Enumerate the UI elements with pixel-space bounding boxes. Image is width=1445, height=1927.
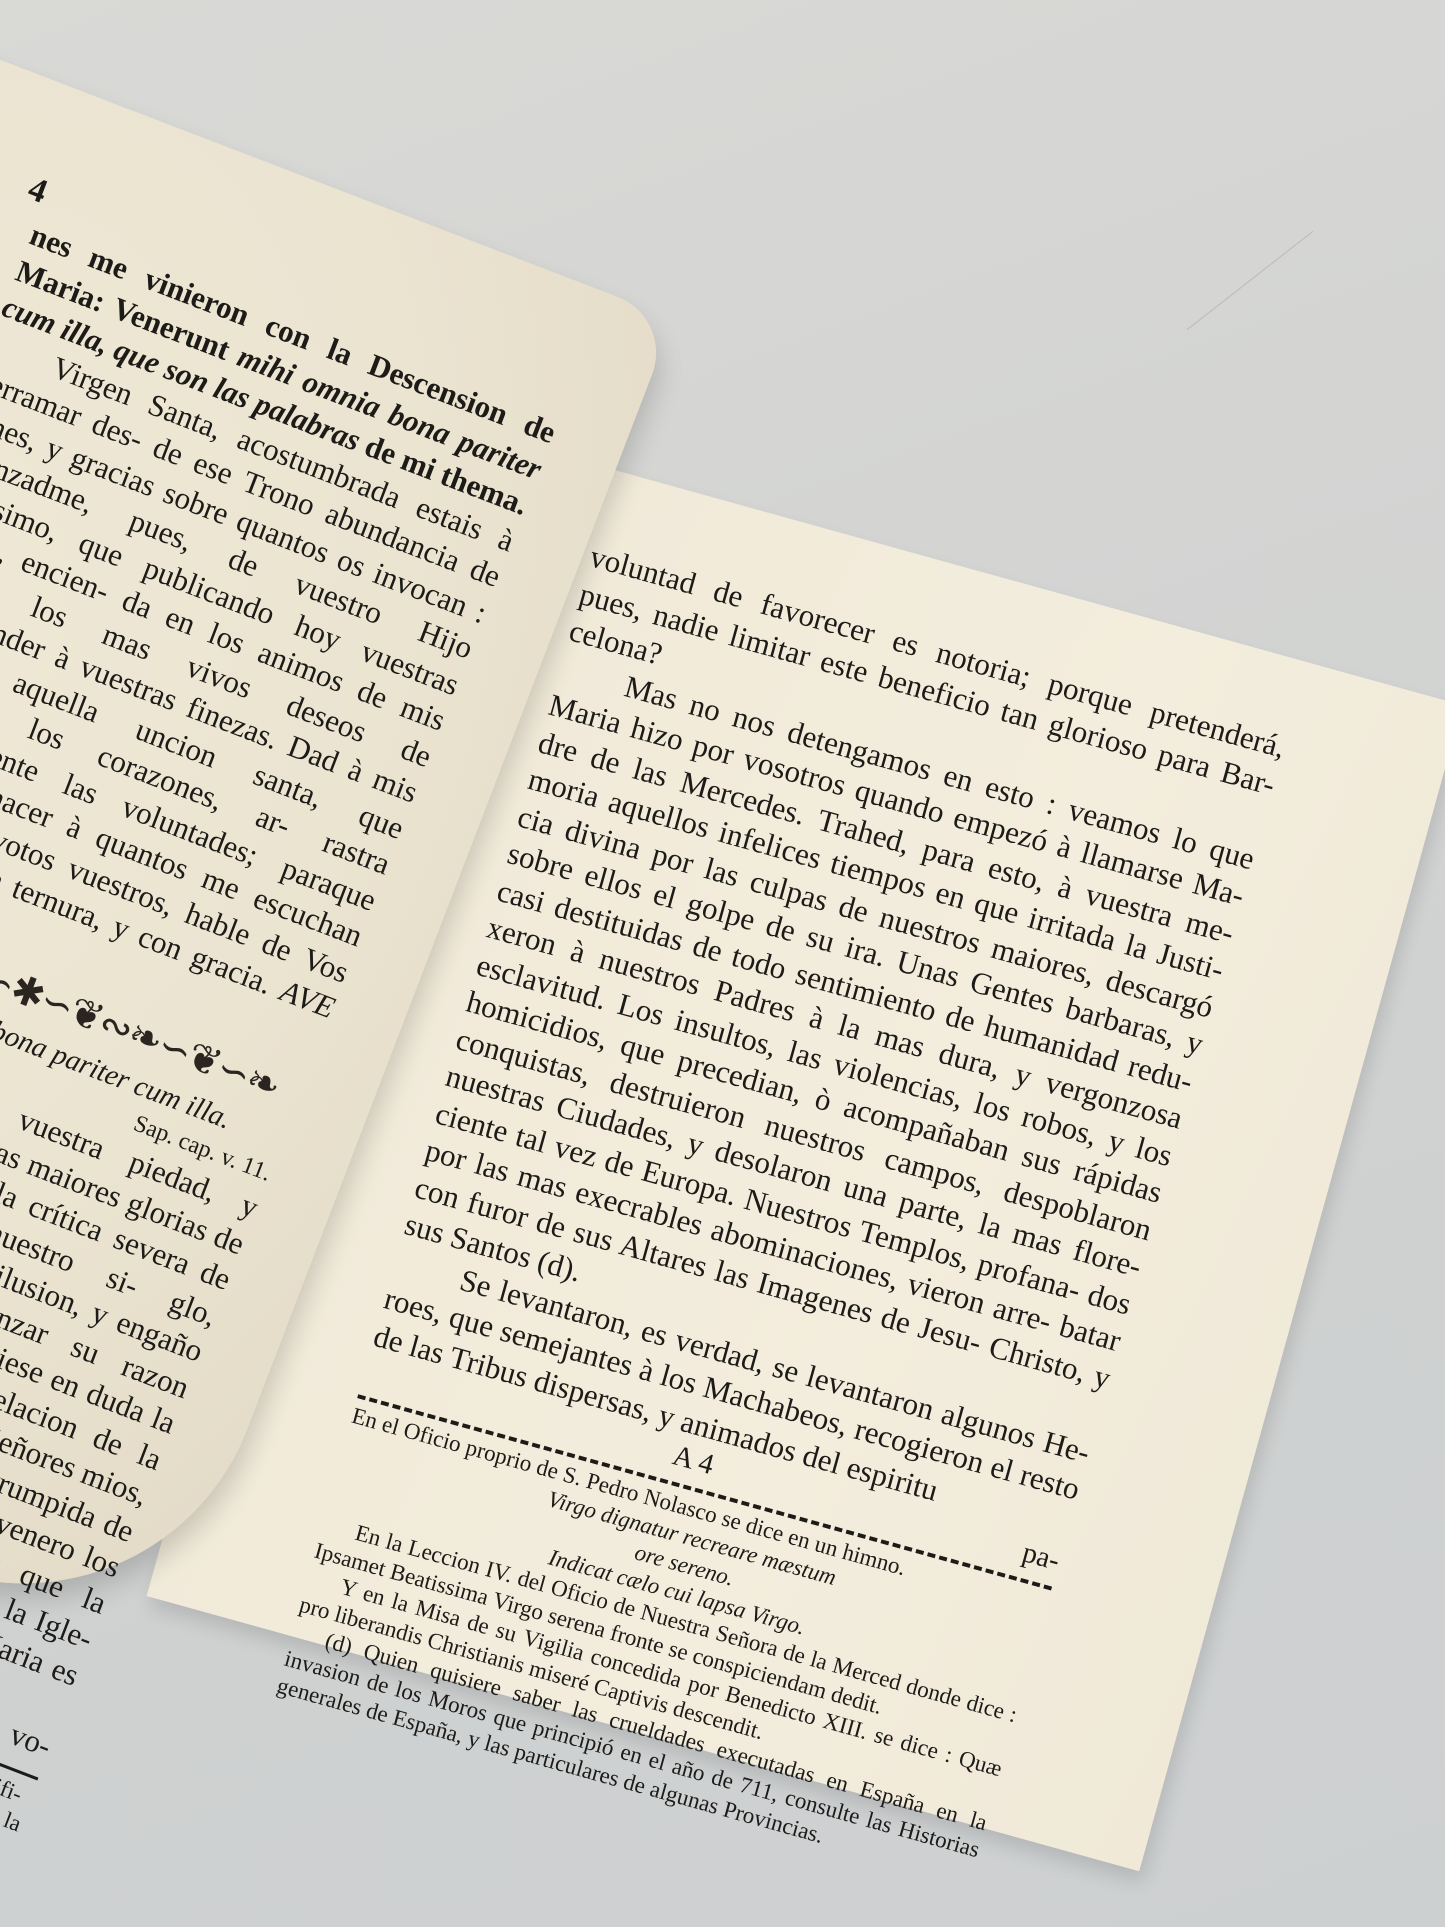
- table-scratch-mark: [1187, 231, 1314, 330]
